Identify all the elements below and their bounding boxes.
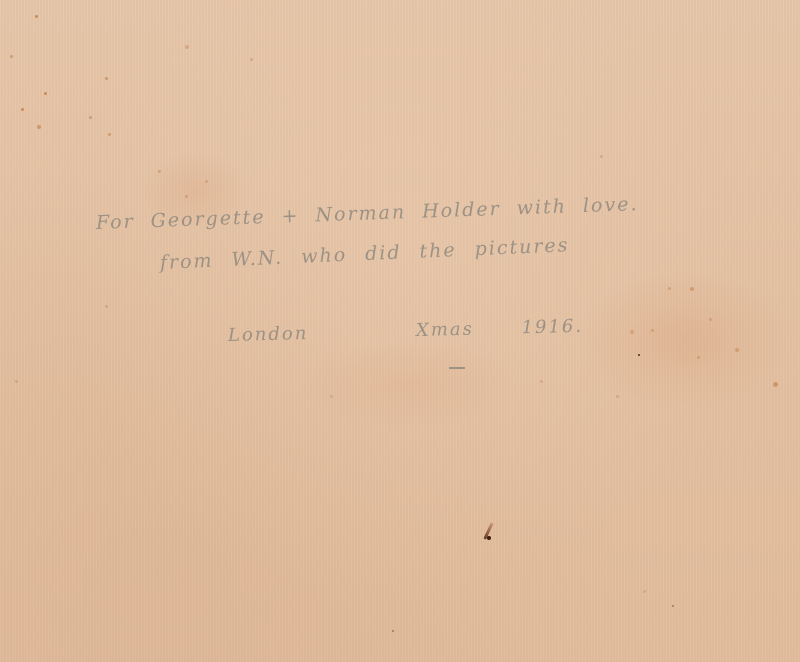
foxing-spot	[540, 380, 543, 383]
foxing-spot	[10, 55, 13, 58]
foxing-spot	[651, 329, 654, 332]
inscription-date: Xmas 1916.	[416, 316, 584, 341]
foxing-spot	[668, 287, 671, 290]
foxing-spot	[21, 108, 24, 111]
inscription-place: London	[228, 323, 309, 346]
foxing-spot	[709, 318, 712, 321]
foxing-spot	[616, 395, 619, 398]
foxing-spot	[44, 92, 47, 95]
stain-dot	[487, 536, 491, 540]
foxing-spot	[185, 195, 188, 198]
foxing-spot	[600, 155, 603, 158]
foxing-spot	[105, 77, 108, 80]
inscription-line-place-date: London Xmas 1916.	[228, 316, 584, 346]
foxing-spot	[158, 170, 161, 173]
foxing-spot	[697, 356, 700, 359]
foxing-spot	[392, 630, 394, 632]
foxing-spot	[250, 58, 253, 61]
foxing-spot	[37, 125, 41, 129]
foxing-spot	[15, 380, 18, 383]
foxing-spot	[643, 590, 646, 593]
foxing-spot	[690, 287, 694, 291]
foxing-spot	[638, 354, 640, 356]
foxing-spot	[89, 116, 92, 119]
foxing-spot	[330, 395, 333, 398]
foxing-spot	[185, 45, 189, 49]
foxing-spot	[773, 382, 778, 387]
foxing-spot	[35, 15, 38, 18]
foxing-cluster-right	[580, 270, 790, 410]
closing-dash-mark	[449, 367, 465, 369]
foxing-cluster-center	[300, 340, 520, 430]
inscription-line-from: from W.N. who did the pictures	[160, 234, 570, 274]
foxing-spot	[630, 330, 634, 334]
foxing-spot	[735, 348, 739, 352]
foxing-spot	[672, 605, 674, 607]
aged-paper-page: For Georgette + Norman Holder with love.…	[0, 0, 800, 662]
inscription-line-dedication: For Georgette + Norman Holder with love.	[96, 193, 639, 234]
foxing-spot	[108, 133, 111, 136]
foxing-spot	[205, 180, 208, 183]
foxing-spot	[105, 305, 108, 308]
